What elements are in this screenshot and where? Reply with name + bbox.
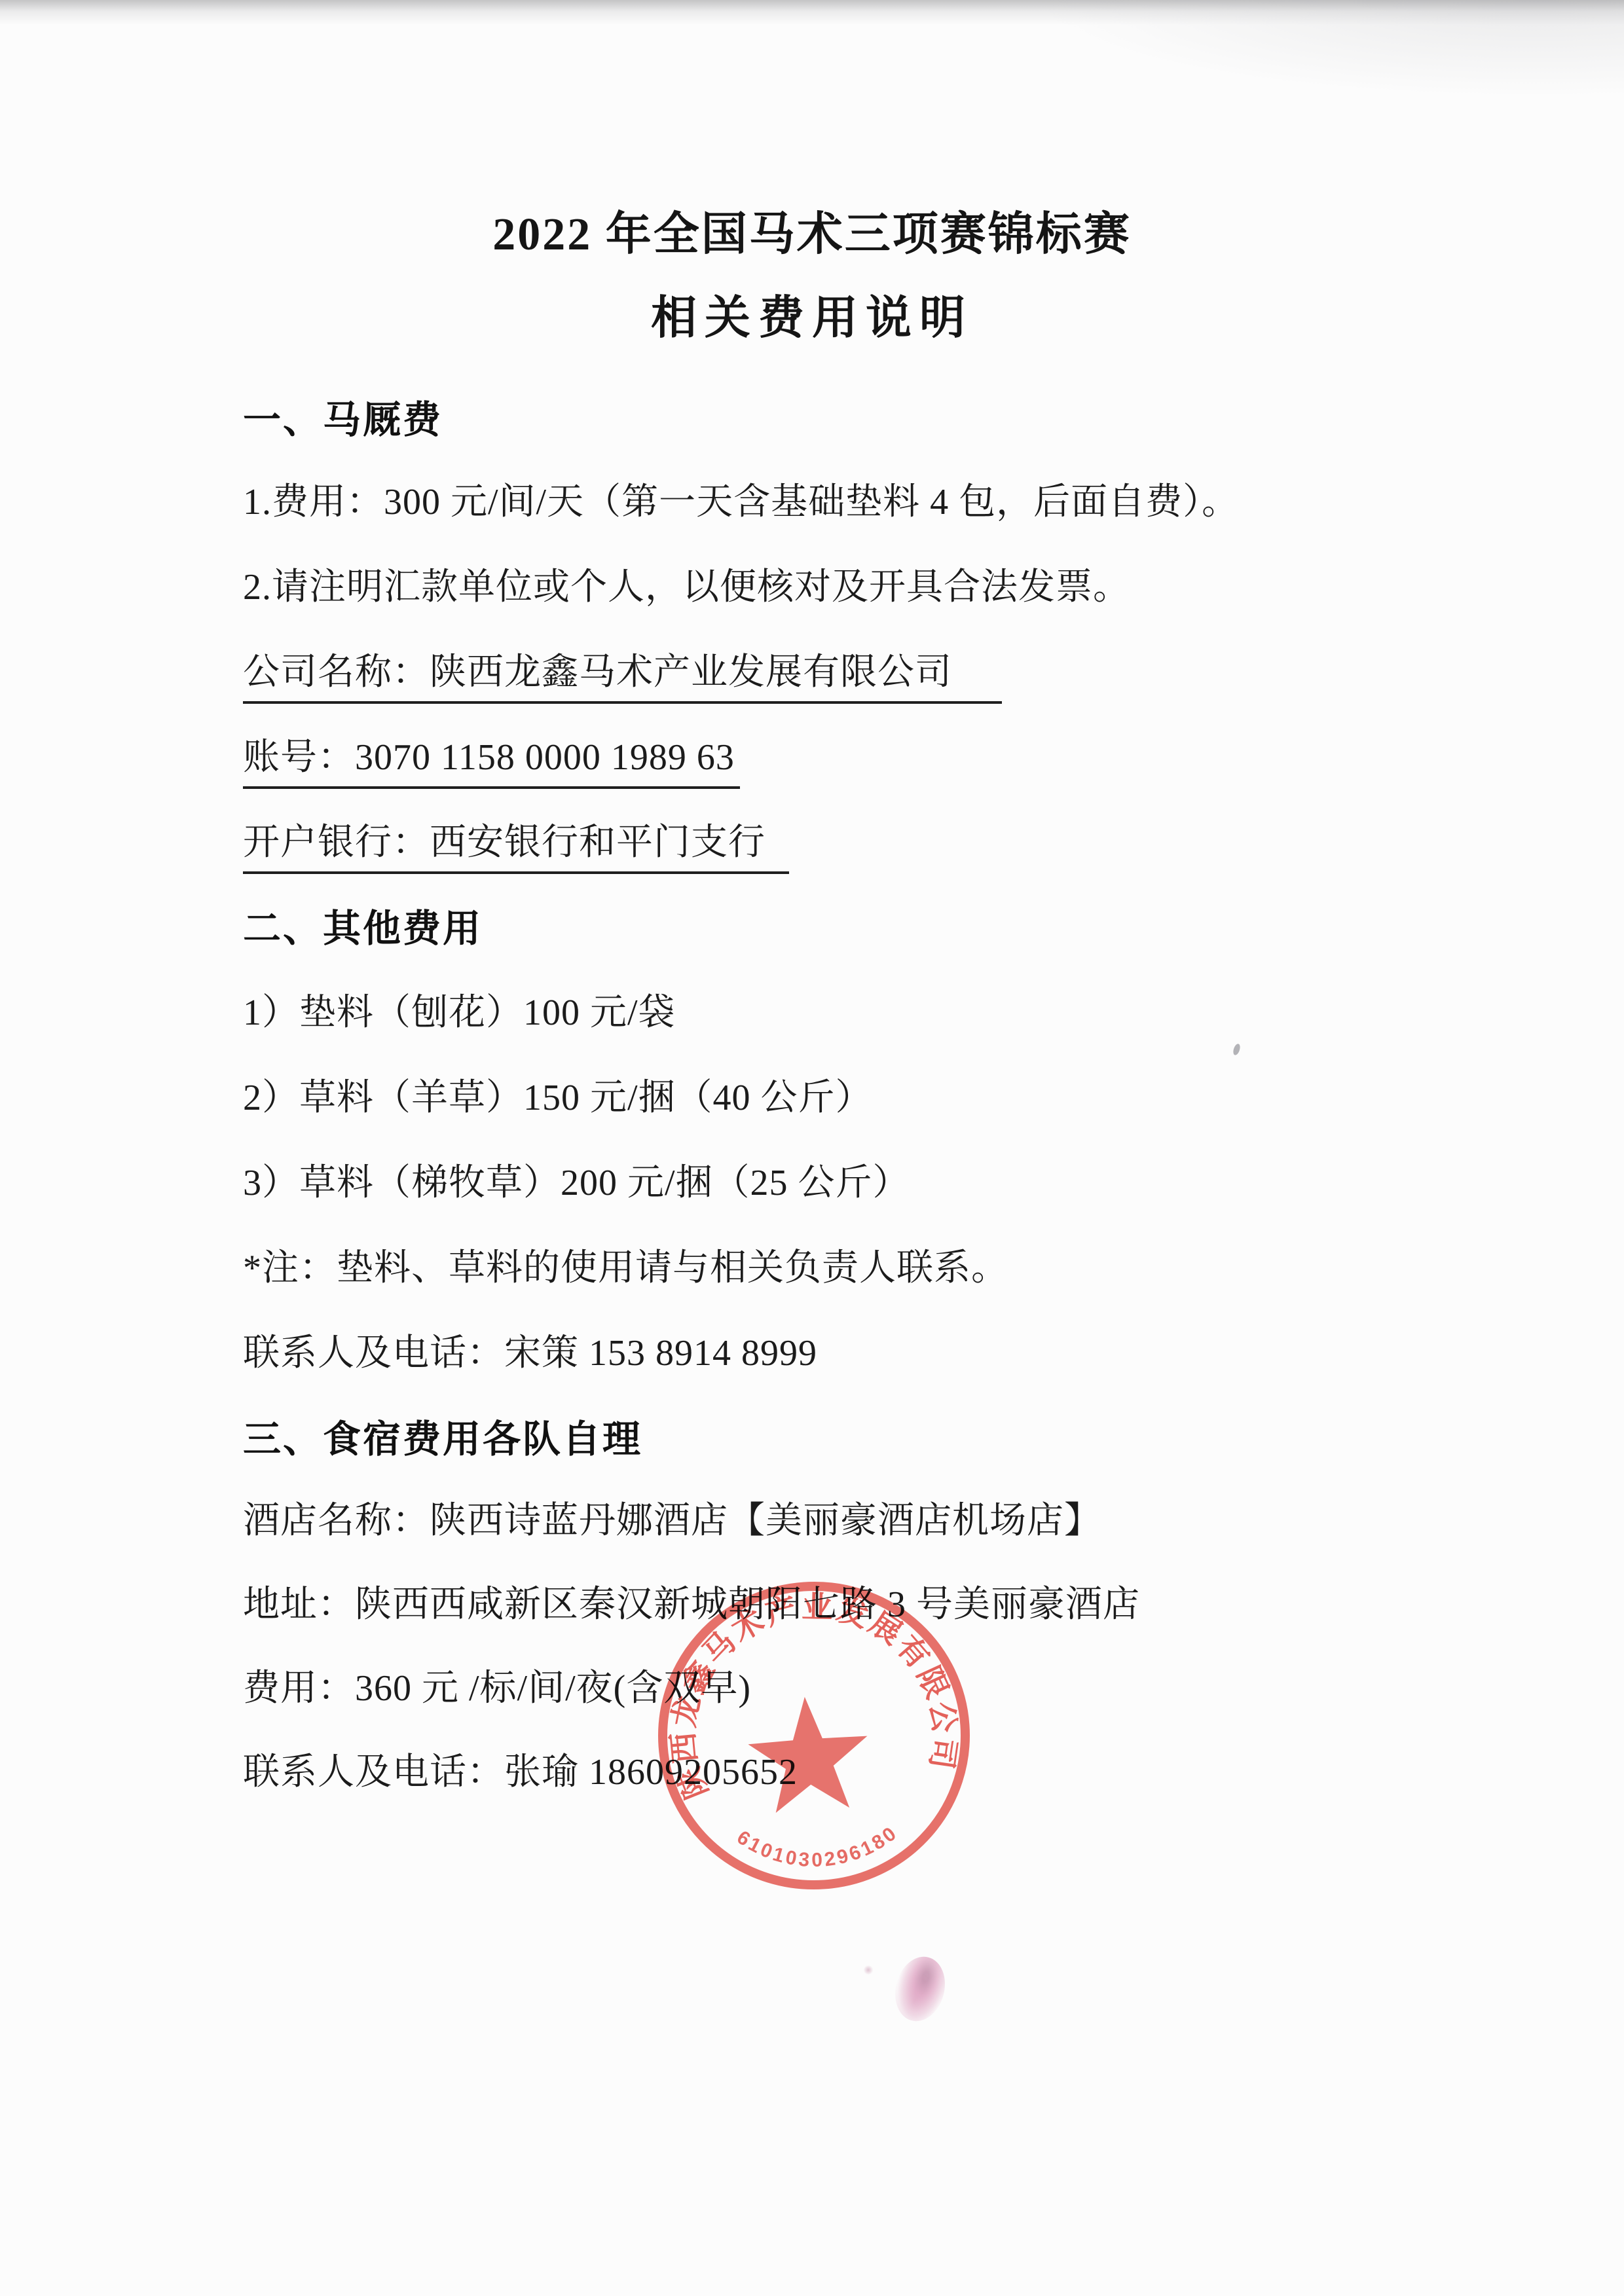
document-page: 2022 年全国马术三项赛锦标赛 相关费用说明 一、马厩费 1.费用：300 元…: [0, 0, 1624, 2296]
section2-contact: 联系人及电话：宋策 153 8914 8999: [243, 1334, 817, 1374]
scan-artifact-gray-speck: [1232, 1043, 1241, 1056]
section2-item-hay: 2）草料（羊草）150 元/捆（40 公斤）: [243, 1078, 873, 1119]
section2-item-timothy: 3）草料（梯牧草）200 元/捆（25 公斤）: [243, 1163, 910, 1204]
doc-title-line2: 相关费用说明: [0, 295, 1624, 343]
company-seal-stamp: 陕西龙鑫马术产业发展有限公司 6101030296180: [632, 1554, 995, 1917]
star-icon: [745, 1693, 872, 1815]
section2-note: *注：垫料、草料的使用请与相关负责人联系。: [243, 1248, 1008, 1289]
bank-account-line: 账号：3070 1158 0000 1989 63: [243, 737, 740, 789]
section2-heading: 二、其他费用: [243, 908, 483, 950]
section1-item-fee: 1.费用：300 元/间/天（第一天含基础垫料 4 包，后面自费）。: [243, 483, 1239, 523]
section3-heading: 三、食宿费用各队自理: [243, 1419, 642, 1461]
scan-artifact-top-right: [1035, 0, 1624, 98]
section2-item-shavings: 1）垫料（刨花）100 元/袋: [243, 993, 676, 1034]
doc-title-line1: 2022 年全国马术三项赛锦标赛: [0, 211, 1624, 259]
scan-artifact-ink-smudge: [888, 1951, 951, 2027]
bank-branch-line: 开户银行：西安银行和平门支行: [243, 822, 789, 874]
section1-heading: 一、马厩费: [243, 399, 443, 441]
section3-hotel-name: 酒店名称：陕西诗蓝丹娜酒店【美丽豪酒店机场店】: [243, 1501, 1101, 1542]
scan-artifact-ink-speck: [863, 1965, 874, 1975]
section1-item-remit-note: 2.请注明汇款单位或个人，以便核对及开具合法发票。: [243, 568, 1130, 608]
company-name-line: 公司名称：陕西龙鑫马术产业发展有限公司: [243, 652, 1002, 704]
